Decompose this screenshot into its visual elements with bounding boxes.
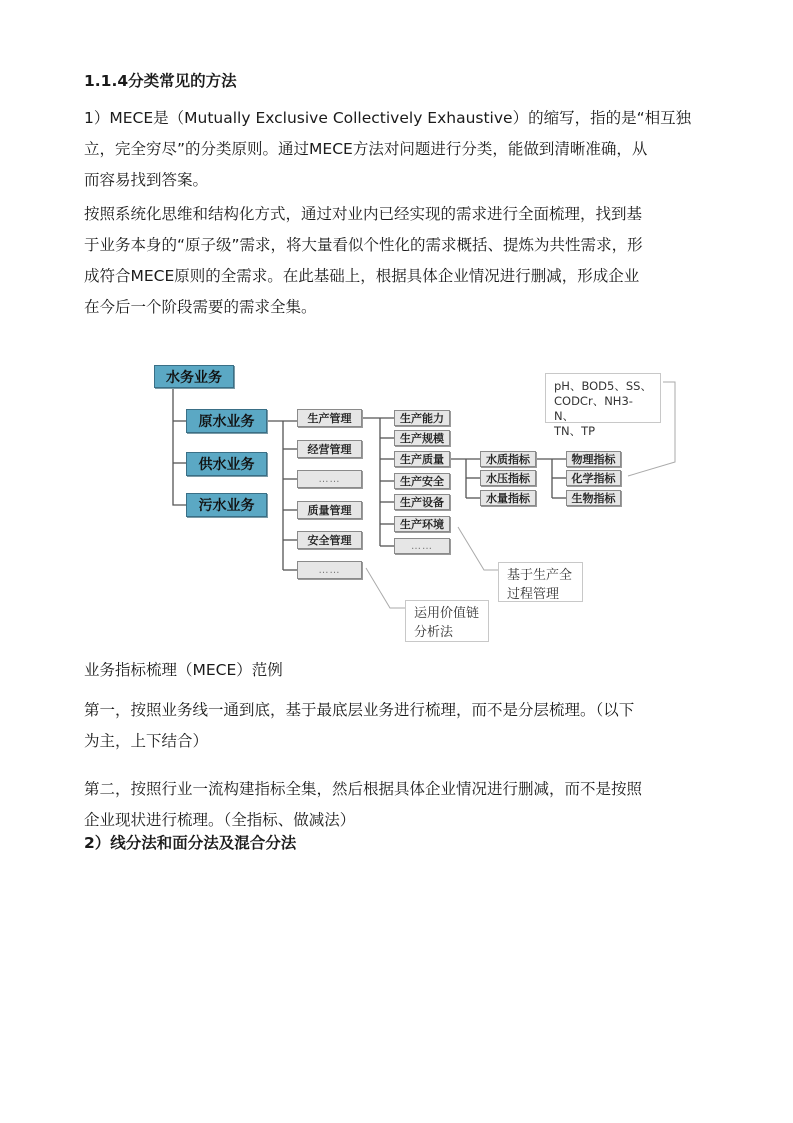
note-line: 运用价值链	[414, 604, 480, 623]
node-water-supply-business: 供水业务	[186, 452, 267, 476]
text-line: 1）MECE是（Mutually Exclusive Collectively …	[84, 103, 716, 134]
node-operation-management: 经营管理	[297, 440, 362, 458]
text-line: 按照系统化思维和结构化方式，通过对业内已经实现的需求进行全面梳理，找到基	[84, 199, 716, 230]
node-raw-water-business: 原水业务	[186, 409, 267, 433]
node-root-water-business: 水务业务	[154, 365, 234, 388]
node-sewage-business: 污水业务	[186, 493, 267, 517]
node-safety-management: 安全管理	[297, 531, 362, 549]
node-chemical-indicator: 化学指标	[566, 470, 621, 486]
note-line: 过程管理	[507, 585, 574, 604]
node-water-quality-indicator: 水质指标	[480, 451, 536, 467]
text-line: 而容易找到答案。	[84, 165, 716, 196]
text-line: 立，完全穷尽”的分类原则。通过MECE方法对问题进行分类，能做到清晰准确，从	[84, 134, 716, 165]
note-line: CODCr、NH3-N、	[554, 394, 652, 424]
text-line: 于业务本身的“原子级”需求，将大量看似个性化的需求概括、提炼为共性需求，形	[84, 230, 716, 261]
node-production-environment: 生产环境	[394, 516, 450, 532]
note-line: TN、TP	[554, 424, 652, 439]
note-line: 分析法	[414, 623, 480, 642]
connector-lines	[0, 0, 793, 660]
figure-caption: 业务指标梳理（MECE）范例	[84, 655, 716, 686]
paragraph-mece-definition: 1）MECE是（Mutually Exclusive Collectively …	[84, 103, 716, 196]
node-production-safety: 生产安全	[394, 473, 450, 489]
note-value-chain-analysis: 运用价值链 分析法	[405, 600, 489, 642]
note-chemical-parameters: pH、BOD5、SS、 CODCr、NH3-N、 TN、TP	[545, 373, 661, 423]
mece-tree-diagram: 水务业务 原水业务 供水业务 污水业务 生产管理 经营管理 …… 质量管理 安全…	[0, 0, 793, 660]
node-ellipsis: ……	[297, 470, 362, 488]
paragraph-point-two: 第二，按照行业一流构建指标全集，然后根据具体企业情况进行删减，而不是按照 企业现…	[84, 774, 716, 836]
note-line: 基于生产全	[507, 566, 574, 585]
node-water-volume-indicator: 水量指标	[480, 490, 536, 506]
text-line: 为主，上下结合）	[84, 726, 716, 757]
node-production-management: 生产管理	[297, 409, 362, 427]
node-quality-management: 质量管理	[297, 501, 362, 519]
node-production-equipment: 生产设备	[394, 494, 450, 510]
text-line: 第二，按照行业一流构建指标全集，然后根据具体企业情况进行删减，而不是按照	[84, 774, 716, 805]
text-line: 企业现状进行梳理。（全指标、做减法）	[84, 805, 716, 836]
node-ellipsis: ……	[394, 538, 450, 554]
node-production-quality: 生产质量	[394, 451, 450, 467]
text-line: 在今后一个阶段需要的需求全集。	[84, 292, 716, 323]
node-physical-indicator: 物理指标	[566, 451, 621, 467]
node-production-capacity: 生产能力	[394, 410, 450, 426]
caption-text: 业务指标梳理（MECE）范例	[84, 655, 716, 686]
node-water-pressure-indicator: 水压指标	[480, 470, 536, 486]
section-heading: 1.1.4分类常见的方法	[84, 71, 237, 91]
text-line: 成符合MECE原则的全需求。在此基础上，根据具体企业情况进行删减，形成企业	[84, 261, 716, 292]
node-ellipsis: ……	[297, 561, 362, 579]
node-biological-indicator: 生物指标	[566, 490, 621, 506]
text-line: 第一，按照业务线一通到底，基于最底层业务进行梳理，而不是分层梳理。（以下	[84, 695, 716, 726]
note-full-process-management: 基于生产全 过程管理	[498, 562, 583, 602]
note-line: pH、BOD5、SS、	[554, 379, 652, 394]
paragraph-mece-approach: 按照系统化思维和结构化方式，通过对业内已经实现的需求进行全面梳理，找到基 于业务…	[84, 199, 716, 323]
node-production-scale: 生产规模	[394, 430, 450, 446]
subheading-line-plane-method: 2）线分法和面分法及混合分法	[84, 833, 296, 853]
paragraph-point-one: 第一，按照业务线一通到底，基于最底层业务进行梳理，而不是分层梳理。（以下 为主，…	[84, 695, 716, 757]
